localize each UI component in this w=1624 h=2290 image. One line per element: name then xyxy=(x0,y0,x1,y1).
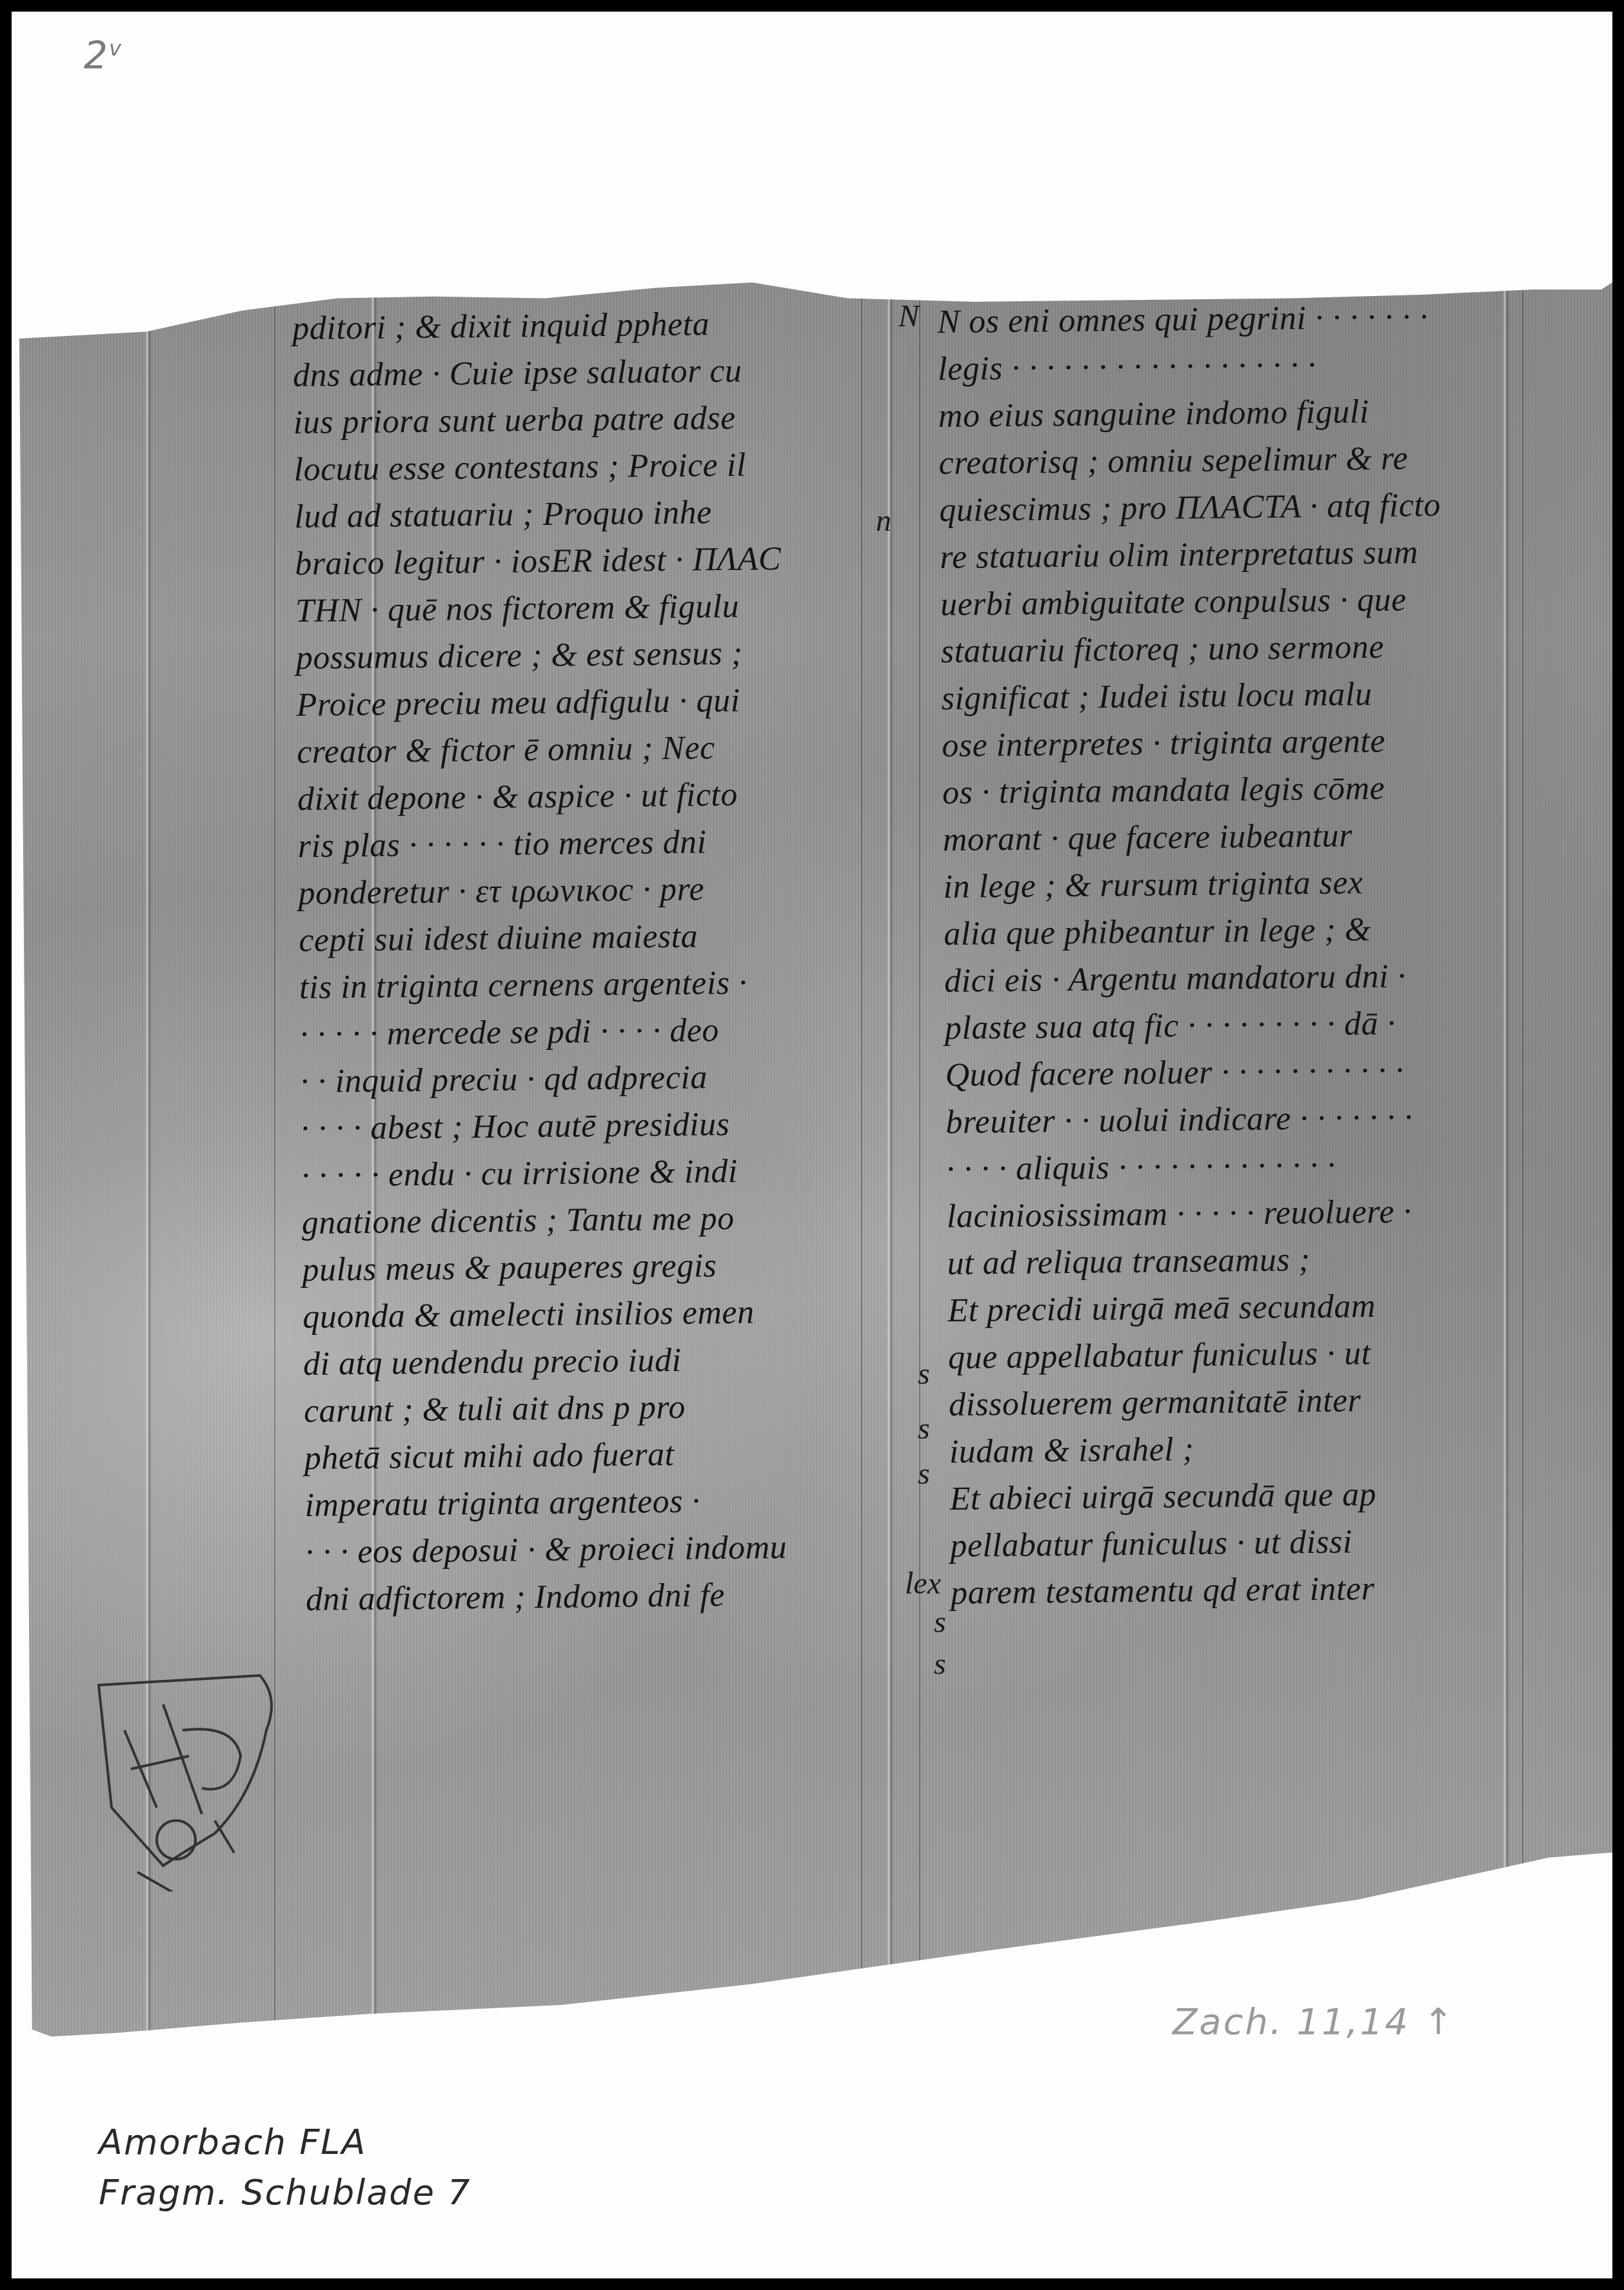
text-line: N os eni omnes qui pegrini · · · · · · · xyxy=(937,292,1557,346)
margin-mark: s xyxy=(918,1356,930,1392)
text-line: possumus dicere ; & est sensus ; xyxy=(295,629,876,682)
text-line: ris plas · · · · · · tio merces dni xyxy=(297,817,878,870)
library-stamp-icon xyxy=(73,1659,286,1891)
text-line: tis in triginta cernens argenteis · xyxy=(299,958,880,1011)
text-line: Proice preciu meu adfigulu · qui xyxy=(296,676,877,729)
text-line: dissoluerem germanitatē inter xyxy=(949,1375,1569,1428)
text-line: laciniosissimam · · · · · reuoluere · xyxy=(947,1187,1567,1240)
text-line: significat ; Iudei istu locu malu xyxy=(941,669,1561,722)
fold-line xyxy=(887,282,893,2037)
text-line: pditori ; & dixit inquid ppheta xyxy=(292,299,873,352)
text-line: pulus meus & pauperes gregis xyxy=(302,1240,883,1293)
text-line: cepti sui idest diuine maiesta xyxy=(299,911,880,964)
text-line: dni adfictorem ; Indomo dni fe xyxy=(306,1570,887,1623)
text-line: alia que phibeantur in lege ; & xyxy=(944,904,1563,958)
text-line: plaste sua atq fic · · · · · · · · · dā … xyxy=(944,998,1564,1052)
text-line: que appellabatur funiculus · ut xyxy=(948,1328,1568,1381)
text-line: · · · · · endu · cu irrisione & indi xyxy=(301,1147,882,1199)
ruling-line xyxy=(919,282,920,2037)
margin-mark: lex xyxy=(905,1566,941,1601)
text-line: quiescimus ; pro ΠΛΑCTA · atq ficto xyxy=(939,480,1559,534)
text-line: · · · eos deposui · & proieci indomu xyxy=(305,1523,886,1575)
margin-mark: N xyxy=(898,299,919,334)
shelfmark-line-1: Amorbach FLA xyxy=(99,2117,471,2167)
text-line: breuiter · · uolui indicare · · · · · · … xyxy=(946,1092,1565,1146)
margin-mark: s xyxy=(918,1456,930,1492)
text-line: in lege ; & rursum triginta sex xyxy=(943,857,1563,911)
text-line: gnatione dicentis ; Tantu me po xyxy=(302,1193,883,1246)
margin-mark: s xyxy=(934,1646,946,1682)
text-line: dici eis · Argentu mandatoru dni · xyxy=(944,951,1564,1005)
text-line: Et abieci uirgā secundā que ap xyxy=(949,1469,1569,1523)
text-line: lud ad statuariu ; Proquo inhe xyxy=(294,488,875,540)
text-line: os · triginta mandata legis cōme xyxy=(942,763,1562,816)
text-line: phetā sicut mihi ado fuerat xyxy=(304,1428,885,1481)
folio-side: v xyxy=(109,36,123,61)
text-line: · · · · aliquis · · · · · · · · · · · · … xyxy=(946,1140,1566,1193)
text-line: mo eius sanguine indomo figuli xyxy=(938,386,1558,440)
shelfmark-annotation: Amorbach FLA Fragm. Schublade 7 xyxy=(99,2117,471,2218)
scanned-page: 2v pditori ; & dixit inquid ppheta dns a… xyxy=(12,12,1612,2278)
text-line: re statuariu olim interpretatus sum xyxy=(940,528,1560,581)
text-line: Quod facere noluer · · · · · · · · · · · xyxy=(945,1045,1565,1099)
text-line: ius priora sunt uerba patre adse xyxy=(293,393,875,446)
text-line: di atq uendendu precio iudi xyxy=(303,1334,884,1387)
text-line: braico legitur · iosER idest · ΠΛΑC xyxy=(295,535,876,587)
text-line: quonda & amelecti insilios emen xyxy=(302,1287,884,1340)
shelfmark-line-2: Fragm. Schublade 7 xyxy=(99,2167,471,2218)
text-line: dns adme · Cuie ipse saluator cu xyxy=(293,346,874,399)
text-line: parem testamentu qd erat inter xyxy=(951,1563,1570,1617)
text-line: creator & fictor ē omniu ; Nec xyxy=(297,723,878,776)
folio-number: 2 xyxy=(84,34,109,77)
margin-mark: s xyxy=(934,1604,946,1640)
text-line: locutu esse contestans ; Proice il xyxy=(293,440,875,493)
text-line: iudam & israhel ; xyxy=(949,1422,1569,1476)
text-line: statuariu fictoreq ; uno sermone xyxy=(940,622,1560,675)
folio-label: 2v xyxy=(84,34,123,77)
text-line: dixit depone · & aspice · ut ficto xyxy=(297,770,878,823)
text-line: · · · · · mercede se pdi · · · · deo xyxy=(299,1005,880,1058)
text-line: imperatu triginta argenteos · xyxy=(304,1476,886,1528)
text-line: · · inquid preciu · qd adprecia xyxy=(300,1052,881,1105)
text-line: uerbi ambiguitate conpulsus · que xyxy=(940,575,1560,628)
right-text-column: N os eni omnes qui pegrini · · · · · · ·… xyxy=(937,292,1570,1617)
text-line: ut ad reliqua transeamus ; xyxy=(947,1234,1567,1287)
left-text-column: pditori ; & dixit inquid ppheta dns adme… xyxy=(292,299,886,1623)
text-line: pellabatur funiculus · ut dissi xyxy=(950,1516,1570,1570)
text-line: Et precidi uirgā meā secundam xyxy=(947,1281,1567,1334)
text-line: legis · · · · · · · · · · · · · · · · · … xyxy=(938,339,1558,393)
text-line: carunt ; & tuli ait dns p pro xyxy=(304,1381,885,1434)
text-line: THN · quē nos fictorem & figulu xyxy=(295,582,876,635)
text-line: · · · · abest ; Hoc autē presidius xyxy=(301,1100,882,1152)
text-line: morant · que facere iubeantur xyxy=(942,810,1562,864)
text-line: creatorisq ; omniu sepelimur & re xyxy=(938,433,1558,487)
text-line: ose interpretes · triginta argente xyxy=(942,716,1561,769)
margin-mark: s xyxy=(918,1411,930,1446)
margin-mark: n xyxy=(876,503,891,538)
bible-reference-annotation: Zach. 11,14 ↑ xyxy=(1173,2001,1456,2043)
text-line: ponderetur · ετ ιρωνικοc · pre xyxy=(298,864,879,917)
